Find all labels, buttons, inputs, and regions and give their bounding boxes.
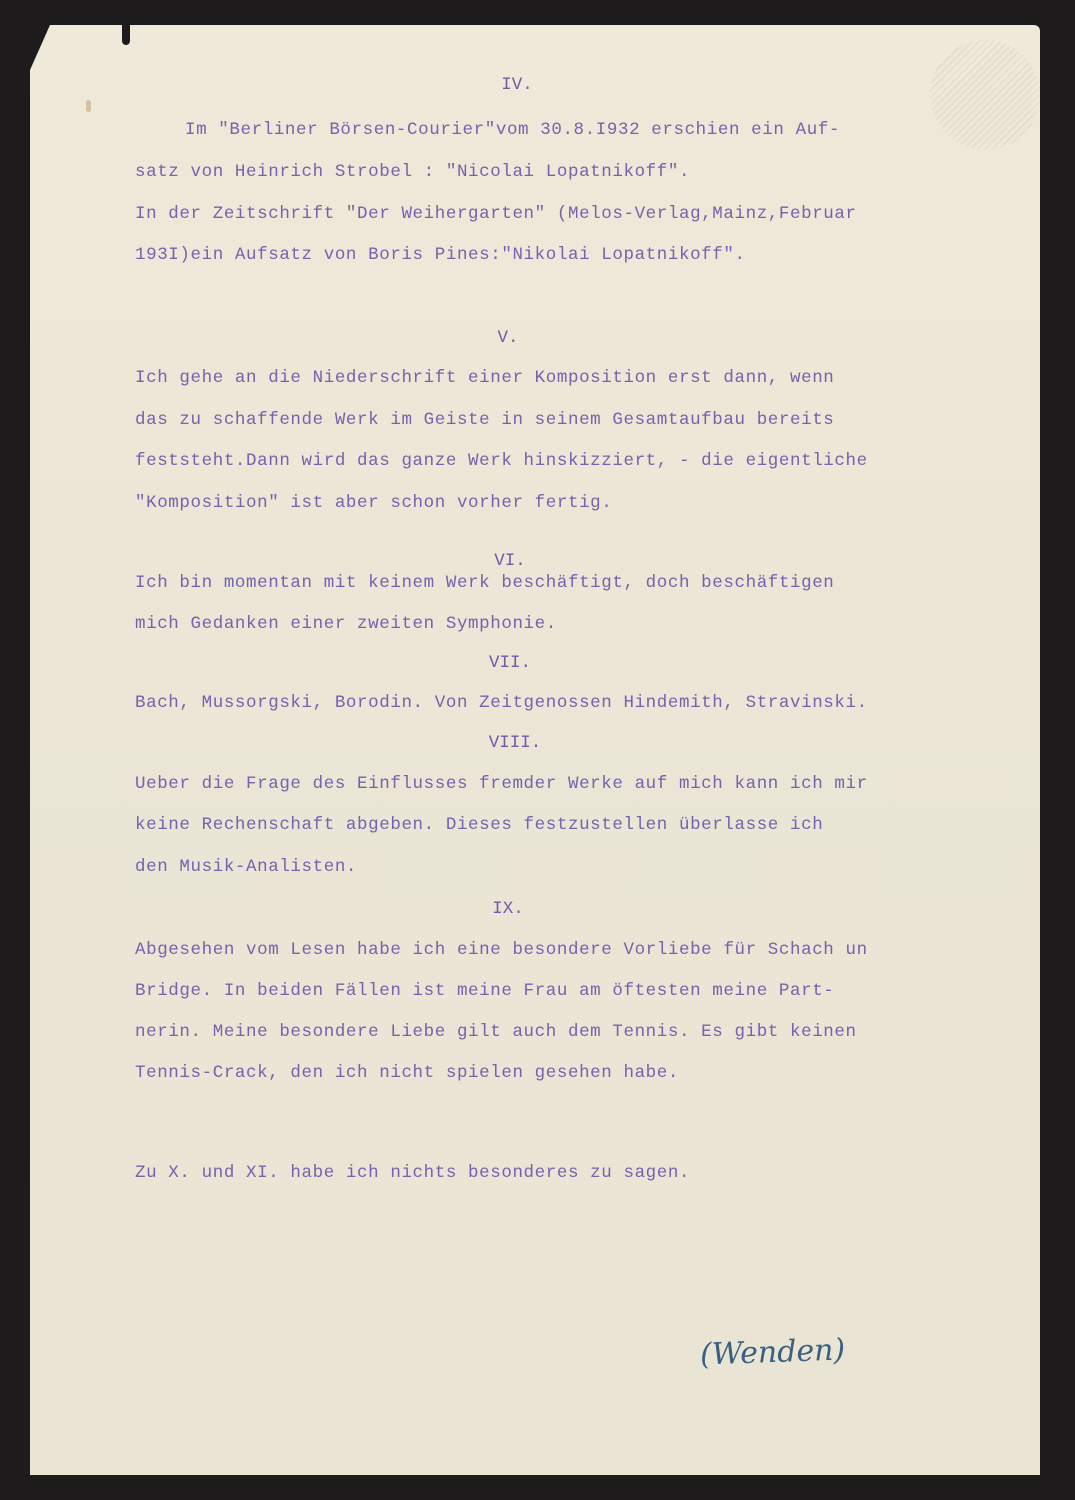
text-line: keine Rechenschaft abgeben. Dieses festz… [135, 817, 823, 835]
section-heading-v: V. [497, 330, 518, 348]
text-line: nerin. Meine besondere Liebe gilt auch d… [135, 1024, 857, 1042]
section-heading-ix: IX. [492, 901, 524, 919]
closing-line: Zu X. und XI. habe ich nichts besonderes… [135, 1165, 690, 1183]
handwritten-note: (Wenden) [699, 1332, 845, 1372]
text-line: Ich bin momentan mit keinem Werk beschäf… [135, 575, 834, 593]
text-line: den Musik-Analisten. [135, 859, 357, 877]
paper-stain [86, 100, 91, 112]
paper-tear [122, 25, 130, 45]
text-line: das zu schaffende Werk im Geiste in sein… [135, 412, 834, 430]
text-line: "Komposition" ist aber schon vorher fert… [135, 495, 612, 513]
text-line: satz von Heinrich Strobel : "Nicolai Lop… [135, 164, 690, 182]
section-heading-vii: VII. [489, 655, 531, 673]
text-line: Bridge. In beiden Fällen ist meine Frau … [135, 983, 834, 1001]
pencil-smudge [930, 40, 1040, 150]
section-heading-vi: VI. [494, 553, 526, 571]
text-line: In der Zeitschrift "Der Weihergarten" (M… [135, 206, 857, 224]
text-line: Ueber die Frage des Einflusses fremder W… [135, 776, 868, 794]
text-line: Ich gehe an die Niederschrift einer Komp… [135, 370, 834, 388]
text-line: mich Gedanken einer zweiten Symphonie. [135, 616, 557, 634]
text-line: Tennis-Crack, den ich nicht spielen gese… [135, 1065, 679, 1083]
section-heading-viii: VIII. [489, 735, 542, 753]
text-line: Bach, Mussorgski, Borodin. Von Zeitgenos… [135, 695, 868, 713]
text-line: Im "Berliner Börsen-Courier"vom 30.8.I93… [185, 122, 840, 140]
text-line: feststeht.Dann wird das ganze Werk hinsk… [135, 453, 868, 471]
text-line: 193I)ein Aufsatz von Boris Pines:"Nikola… [135, 247, 746, 265]
text-line: Abgesehen vom Lesen habe ich eine besond… [135, 942, 868, 960]
section-heading-iv: IV. [501, 77, 533, 95]
